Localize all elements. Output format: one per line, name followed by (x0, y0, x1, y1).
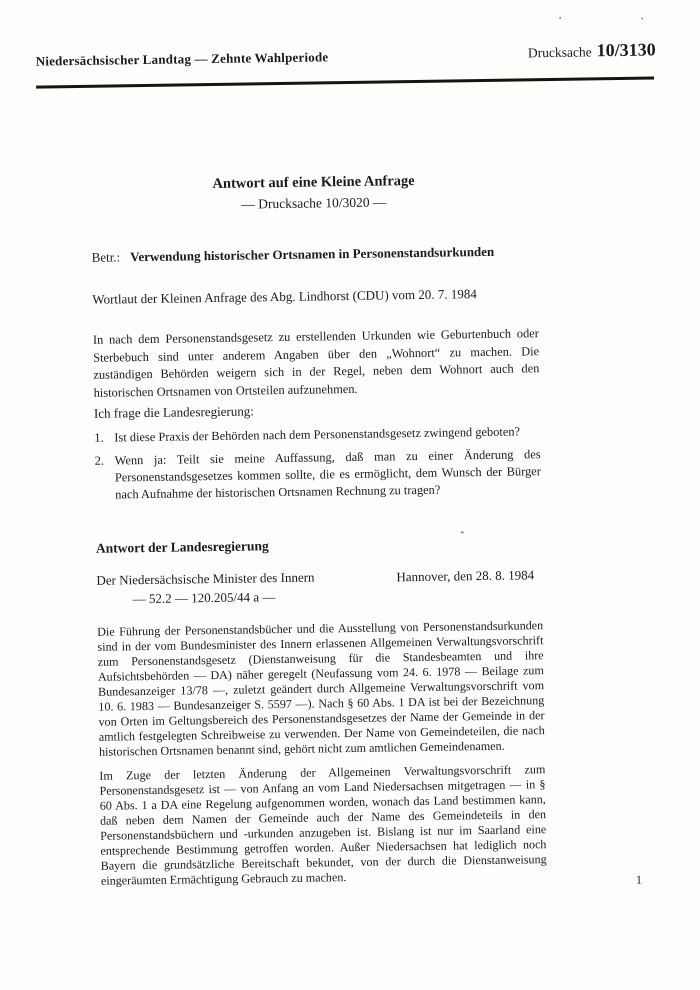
scan-tilt-wrapper: Niedersächsischer Landtag — Zehnte Wahlp… (0, 0, 700, 990)
docket-number: 10/3130 (596, 39, 655, 60)
answer-paragraph: Die Führung der Personenstandsbücher und… (97, 618, 545, 760)
question-number: 1. (94, 429, 114, 446)
header-rule (36, 76, 654, 88)
scan-speck (641, 18, 643, 20)
question-text: Ist diese Praxis der Behörden nach dem P… (114, 423, 540, 446)
subject-label: Betr.: (92, 249, 121, 264)
header-docket: Drucksache10/3130 (528, 39, 656, 62)
document-page: Niedersächsischer Landtag — Zehnte Wahlp… (0, 0, 700, 990)
page-number: 1 (636, 873, 642, 888)
subject-line: Betr.:Verwendung historischer Ortsnamen … (92, 243, 538, 266)
document-title: Antwort auf eine Kleine Anfrage — Drucks… (90, 171, 536, 215)
title-line2: — Drucksache 10/3020 — (91, 192, 537, 215)
questions-lead-in: Ich frage die Landesregierung: (94, 399, 540, 422)
scan-speck (559, 17, 561, 19)
request-intro-line: Wortlaut der Kleinen Anfrage des Abg. Li… (92, 285, 538, 308)
sender-reference-number: — 52.2 — 120.205/44 a — (133, 585, 543, 607)
subject-text: Verwendung historischer Ortsnamen in Per… (130, 244, 494, 264)
question-item: 1. Ist diese Praxis der Behörden nach de… (94, 423, 540, 447)
question-text: Wenn ja: Teilt sie meine Auffassung, daß… (115, 446, 542, 503)
title-line1: Antwort auf eine Kleine Anfrage (90, 171, 536, 195)
sender-block: Der Niedersächsische Minister des Innern… (96, 566, 542, 608)
answer-body: Die Führung der Personenstandsbücher und… (97, 618, 547, 889)
header-parliament-title: Niedersächsischer Landtag — Zehnte Wahlp… (36, 49, 329, 69)
docket-label: Drucksache (528, 44, 592, 60)
dateline: Hannover, den 28. 8. 1984 (396, 567, 534, 585)
answer-paragraph: Im Zuge der letzten Änderung der Allgeme… (99, 762, 547, 889)
question-number: 2. (95, 452, 116, 503)
request-paragraph: In nach dem Personenstandsgesetz zu erst… (93, 325, 540, 402)
questions-list: 1. Ist diese Praxis der Behörden nach de… (94, 423, 541, 504)
question-item: 2. Wenn ja: Teilt sie meine Auffassung, … (95, 446, 542, 504)
scan-speck (461, 531, 464, 533)
answer-heading: Antwort der Landesregierung (96, 534, 542, 557)
page-header: Niedersächsischer Landtag — Zehnte Wahlp… (36, 39, 656, 69)
